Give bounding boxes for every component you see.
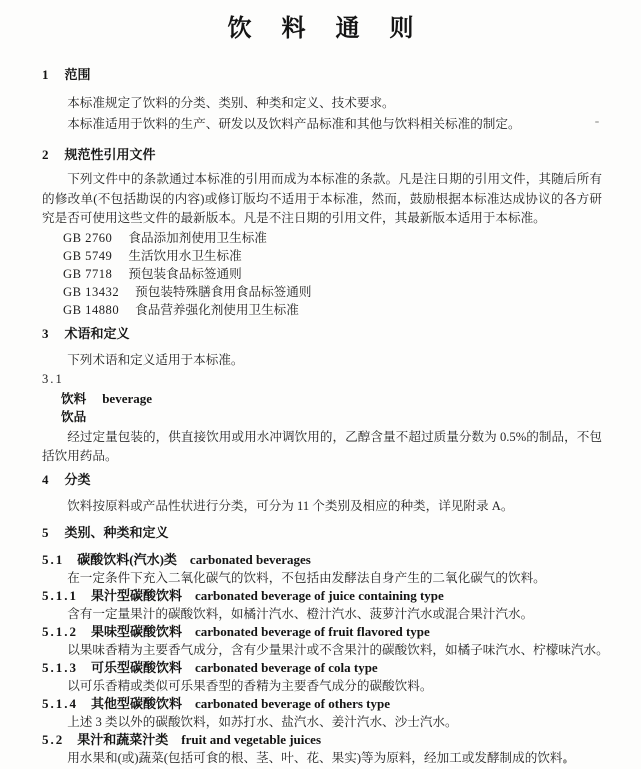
scan-speck: [564, 759, 566, 763]
scope-paragraph: 本标准规定了饮料的分类、类别、种类和定义、技术要求。: [42, 94, 602, 113]
subclause-number: 5.2: [42, 732, 64, 747]
reference-title: 食品营养强化剂使用卫生标准: [135, 303, 299, 317]
subclause-term-en: carbonated beverage of juice containing …: [195, 588, 444, 603]
reference-title: 生活饮用水卫生标准: [128, 249, 241, 263]
reference-code: GB 14880: [63, 303, 119, 317]
clause-3-heading: 3术语和定义: [42, 325, 602, 343]
terms-intro-paragraph: 下列术语和定义适用于本标准。: [42, 351, 602, 370]
subclause-definition: 用水果和(或)蔬菜(包括可食的根、茎、叶、花、果实)等为原料，经加工或发酵制成的…: [42, 749, 602, 767]
subclause-number: 5.1: [42, 552, 64, 567]
term-number: 3.1: [42, 370, 602, 388]
clause-title: 类别、种类和定义: [65, 525, 169, 540]
subclause-number: 5.1.3: [42, 660, 78, 675]
subclause-term-zh: 果汁型碳酸饮料: [91, 588, 182, 603]
reference-code: GB 7718: [63, 267, 112, 281]
reference-code: GB 2760: [63, 231, 112, 245]
clause-title: 术语和定义: [65, 326, 130, 341]
reference-title: 预包装食品标签通则: [128, 267, 241, 281]
subclause-term-zh: 碳酸饮料(汽水)类: [77, 552, 177, 567]
document-title: 饮 料 通 则: [42, 14, 602, 44]
reference-item: GB 14880食品营养强化剂使用卫生标准: [63, 301, 602, 319]
subclause-term-en: carbonated beverages: [190, 552, 311, 567]
clause-number: 4: [42, 472, 51, 487]
subclause-5-1-1-heading: 5.1.1果汁型碳酸饮料carbonated beverage of juice…: [42, 587, 602, 605]
clause-1-heading: 1范围: [42, 66, 602, 84]
scan-speck: [595, 121, 599, 123]
subclause-definition: 以可乐香精或类似可乐果香型的香精为主要香气成分的碳酸饮料。: [42, 677, 602, 695]
subclause-definition: 以果味香精为主要香气成分，含有少量果汁或不含果汁的碳酸饮料，如橘子味汽水、柠檬味…: [42, 641, 602, 659]
clause-title: 范围: [65, 67, 91, 82]
standard-document-page: 饮 料 通 则 1范围 本标准规定了饮料的分类、类别、种类和定义、技术要求。 本…: [0, 0, 641, 769]
reference-item: GB 13432预包装特殊膳食用食品标签通则: [63, 283, 602, 301]
reference-item: GB 2760食品添加剂使用卫生标准: [63, 229, 602, 247]
subclause-5-1-2-heading: 5.1.2果味型碳酸饮料carbonated beverage of fruit…: [42, 623, 602, 641]
subclause-term-en: carbonated beverage of fruit flavored ty…: [195, 624, 430, 639]
subclause-5-1-3-heading: 5.1.3可乐型碳酸饮料carbonated beverage of cola …: [42, 659, 602, 677]
reference-item: GB 5749生活饮用水卫生标准: [63, 247, 602, 265]
subclause-term-en: fruit and vegetable juices: [181, 732, 321, 747]
subclause-term-zh: 其他型碳酸饮料: [91, 696, 182, 711]
subclause-term-zh: 可乐型碳酸饮料: [91, 660, 182, 675]
subclause-definition: 在一定条件下充入二氧化碳气的饮料，不包括由发酵法自身产生的二氧化碳气的饮料。: [42, 569, 602, 587]
reference-item: GB 7718预包装食品标签通则: [63, 265, 602, 283]
subclause-5-1-4-heading: 5.1.4其他型碳酸饮料carbonated beverage of other…: [42, 695, 602, 713]
reference-title: 预包装特殊膳食用食品标签通则: [135, 285, 311, 299]
clause-4-heading: 4分类: [42, 471, 602, 489]
subclause-5-1-heading: 5.1碳酸饮料(汽水)类carbonated beverages: [42, 551, 602, 569]
subclause-5-2-heading: 5.2果汁和蔬菜汁类fruit and vegetable juices: [42, 731, 602, 749]
term-en: beverage: [102, 391, 152, 406]
clause-title: 分类: [65, 472, 91, 487]
subclause-term-zh: 果味型碳酸饮料: [91, 624, 182, 639]
scope-paragraph: 本标准适用于饮料的生产、研发以及饮料产品标准和其他与饮料相关标准的制定。: [42, 115, 602, 134]
subclause-definition: 上述 3 类以外的碳酸饮料，如苏打水、盐汽水、姜汁汽水、沙士汽水。: [42, 713, 602, 731]
term-entry: 饮料beverage: [61, 390, 602, 408]
subclause-number: 5.1.2: [42, 624, 78, 639]
clause-number: 5: [42, 525, 51, 540]
subclause-number: 5.1.1: [42, 588, 78, 603]
clause-number: 1: [42, 67, 51, 82]
clause-2-heading: 2规范性引用文件: [42, 146, 602, 164]
reference-code: GB 5749: [63, 249, 112, 263]
normative-references-paragraph: 下列文件中的条款通过本标准的引用而成为本标准的条款。凡是注日期的引用文件，其随后…: [42, 170, 602, 229]
subclause-term-en: carbonated beverage of others type: [195, 696, 390, 711]
term-definition: 经过定量包装的，供直接饮用或用水冲调饮用的，乙醇含量不超过质量分数为 0.5%的…: [42, 428, 602, 467]
clause-number: 3: [42, 326, 51, 341]
subclause-term-en: carbonated beverage of cola type: [195, 660, 378, 675]
clause-title: 规范性引用文件: [65, 147, 156, 162]
subclause-number: 5.1.4: [42, 696, 78, 711]
reference-code: GB 13432: [63, 285, 119, 299]
term-synonym: 饮品: [61, 408, 602, 426]
reference-title: 食品添加剂使用卫生标准: [128, 231, 267, 245]
classification-paragraph: 饮料按原料或产品性状进行分类，可分为 11 个类别及相应的种类，详见附录 A。: [42, 497, 602, 516]
term-zh: 饮料: [61, 392, 86, 406]
subclause-definition: 含有一定量果汁的碳酸饮料，如橘汁汽水、橙汁汽水、菠萝汁汽水或混合果汁汽水。: [42, 605, 602, 623]
clause-5-heading: 5类别、种类和定义: [42, 524, 602, 542]
clause-number: 2: [42, 147, 51, 162]
subclause-term-zh: 果汁和蔬菜汁类: [77, 732, 168, 747]
